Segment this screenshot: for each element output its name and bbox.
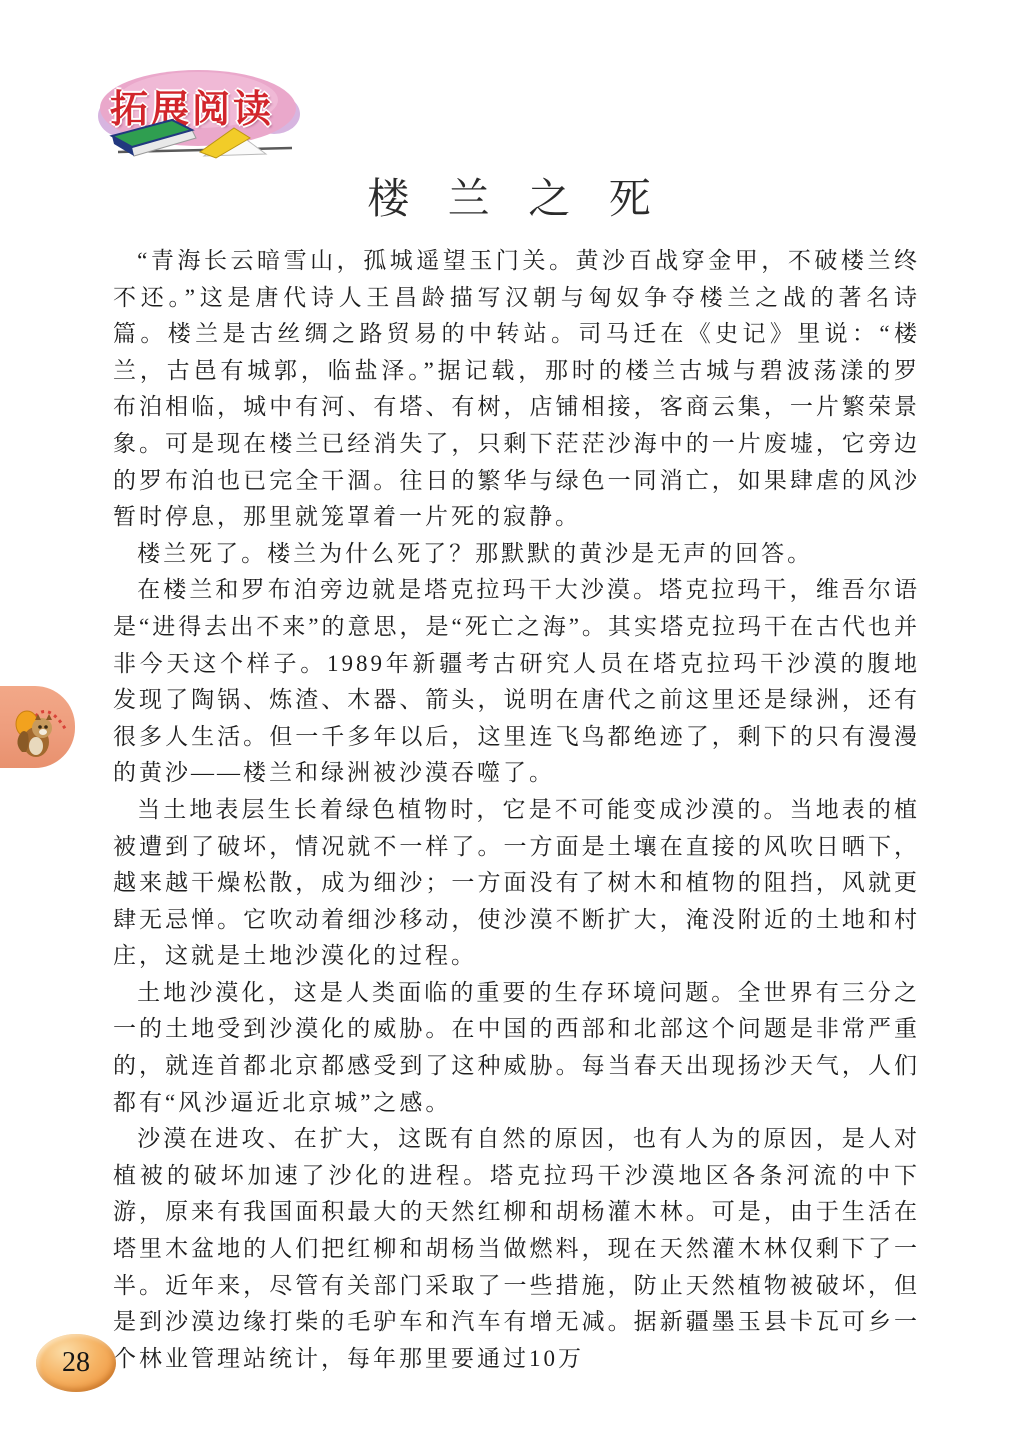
article-paragraph: 当土地表层生长着绿色植物时，它是不可能变成沙漠的。当地表的植被遭到了破坏，情况就… <box>113 792 920 975</box>
page-number: 28 <box>62 1347 90 1379</box>
article-paragraph: 土地沙漠化，这是人类面临的重要的生存环境问题。全世界有三分之一的土地受到沙漠化的… <box>113 975 920 1121</box>
article-paragraph: “青海长云暗雪山，孤城遥望玉门关。黄沙百战穿金甲，不破楼兰终不还。”这是唐代诗人… <box>113 243 920 536</box>
squirrel-mascot-icon <box>0 686 75 768</box>
margin-tab <box>0 686 75 768</box>
textbook-page: 拓展阅读 楼 兰 之 死 “青海长云暗雪山，孤城遥望玉门关。黄沙百战穿金甲，不破… <box>0 0 1024 1439</box>
article-paragraph: 沙漠在进攻、在扩大，这既有自然的原因，也有人为的原因，是人对植被的破坏加速了沙化… <box>113 1121 920 1377</box>
article-title: 楼 兰 之 死 <box>0 166 1024 226</box>
article-body: “青海长云暗雪山，孤城遥望玉门关。黄沙百战穿金甲，不破楼兰终不还。”这是唐代诗人… <box>113 243 920 1377</box>
section-badge: 拓展阅读 <box>96 64 301 159</box>
article-paragraph: 在楼兰和罗布泊旁边就是塔克拉玛干大沙漠。塔克拉玛干，维吾尔语是“进得去出不来”的… <box>113 572 920 792</box>
article-paragraph: 楼兰死了。楼兰为什么死了？那默默的黄沙是无声的回答。 <box>113 536 920 573</box>
page-number-badge: 28 <box>36 1334 116 1392</box>
books-icon <box>100 116 300 160</box>
